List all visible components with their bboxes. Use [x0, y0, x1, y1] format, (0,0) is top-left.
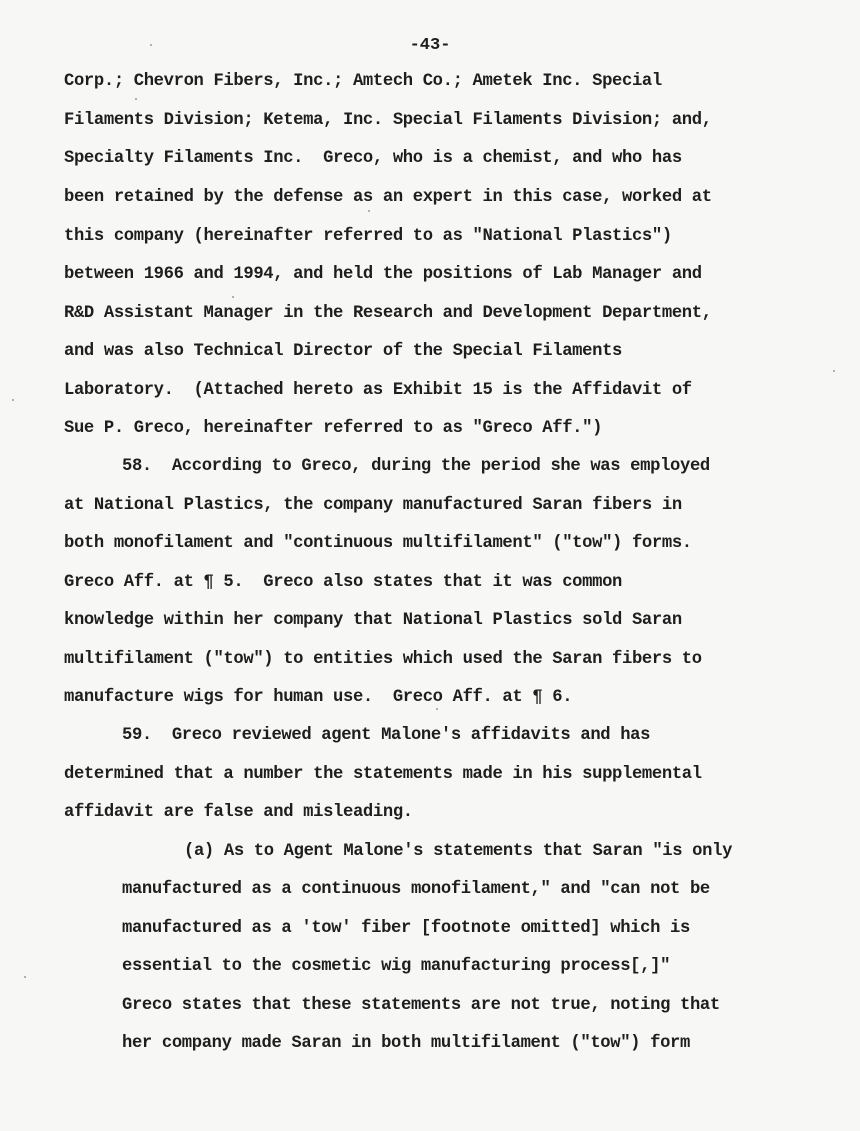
- scan-speck: [150, 44, 152, 46]
- scan-speck: [368, 210, 370, 212]
- text-line: her company made Saran in both multifila…: [122, 1034, 690, 1054]
- text-line: Filaments Division; Ketema, Inc. Special…: [64, 111, 712, 131]
- text-line: R&D Assistant Manager in the Research an…: [64, 304, 712, 324]
- scan-speck: [436, 708, 438, 710]
- text-line: between 1966 and 1994, and held the posi…: [64, 265, 702, 285]
- text-line: Greco states that these statements are n…: [122, 996, 720, 1016]
- text-line: at National Plastics, the company manufa…: [64, 496, 682, 516]
- text-line: determined that a number the statements …: [64, 765, 702, 785]
- text-line: affidavit are false and misleading.: [64, 803, 413, 823]
- scan-speck: [135, 98, 137, 100]
- scan-speck: [24, 976, 26, 978]
- text-line: knowledge within her company that Nation…: [64, 611, 682, 631]
- scan-speck: [12, 399, 14, 401]
- paragraph-59-first-line: 59. Greco reviewed agent Malone's affida…: [122, 726, 650, 746]
- text-line: Laboratory. (Attached hereto as Exhibit …: [64, 381, 692, 401]
- text-line: Greco Aff. at ¶ 5. Greco also states tha…: [64, 573, 622, 593]
- text-line: Sue P. Greco, hereinafter referred to as…: [64, 419, 602, 439]
- text-line: been retained by the defense as an exper…: [64, 188, 712, 208]
- text-line: Corp.; Chevron Fibers, Inc.; Amtech Co.;…: [64, 72, 662, 92]
- paragraph-58-first-line: 58. According to Greco, during the perio…: [122, 457, 710, 477]
- text-line: both monofilament and "continuous multif…: [64, 534, 692, 554]
- scan-speck: [232, 296, 234, 298]
- text-line: Specialty Filaments Inc. Greco, who is a…: [64, 149, 682, 169]
- scan-speck: [833, 370, 835, 372]
- subparagraph-a-first-line: (a) As to Agent Malone's statements that…: [184, 842, 732, 862]
- text-line: multifilament ("tow") to entities which …: [64, 650, 702, 670]
- text-line: manufacture wigs for human use. Greco Af…: [64, 688, 572, 708]
- text-line: essential to the cosmetic wig manufactur…: [122, 957, 670, 977]
- text-line: and was also Technical Director of the S…: [64, 342, 622, 362]
- text-line: this company (hereinafter referred to as…: [64, 227, 672, 247]
- text-line: manufactured as a 'tow' fiber [footnote …: [122, 919, 690, 939]
- text-line: manufactured as a continuous monofilamen…: [122, 880, 710, 900]
- page-number: -43-: [0, 36, 860, 55]
